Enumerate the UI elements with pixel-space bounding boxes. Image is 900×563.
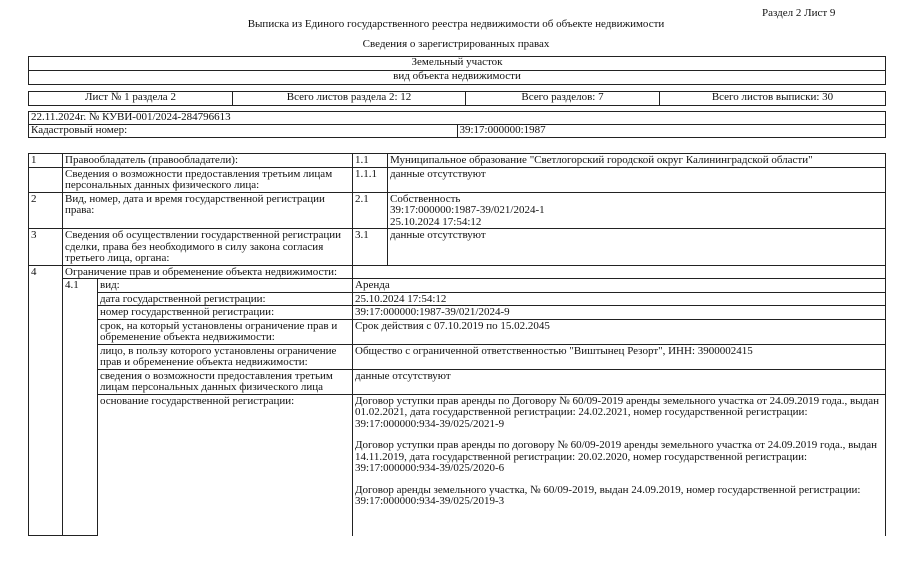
rights-table: 1 Правообладатель (правообладатели): 1.1… xyxy=(28,153,886,536)
row-sub-number: 2.1 xyxy=(353,192,388,229)
right-registration-datetime: 25.10.2024 17:54:12 xyxy=(390,217,883,229)
row-number: 1 xyxy=(29,154,63,168)
basis-paragraph: Договор уступки прав аренды по договору … xyxy=(355,440,883,475)
row-value xyxy=(353,265,886,279)
cadastral-number-label: Кадастровый номер: xyxy=(29,125,458,138)
sheets-info-table: Лист № 1 раздела 2 Всего листов раздела … xyxy=(28,91,886,106)
document-subtitle: Сведения о зарегистрированных правах xyxy=(0,38,900,50)
field-value: данные отсутствуют xyxy=(353,369,886,394)
row-number: 3 xyxy=(29,229,63,266)
table-row: основание государственной регистрации: Д… xyxy=(29,394,886,536)
table-row: 3 Сведения об осуществлении государствен… xyxy=(29,229,886,266)
table-row: 1 Правообладатель (правообладатели): 1.1… xyxy=(29,154,886,168)
field-label: номер государственной регистрации: xyxy=(98,306,353,320)
row-number xyxy=(29,167,63,192)
field-label: срок, на который установлены ограничение… xyxy=(98,319,353,344)
row-label: Сведения об осуществлении государственно… xyxy=(63,229,353,266)
row-label: Вид, номер, дата и время государственной… xyxy=(63,192,353,229)
table-row: Сведения о возможности предоставления тр… xyxy=(29,167,886,192)
row-label: Сведения о возможности предоставления тр… xyxy=(63,167,353,192)
field-value: Общество с ограниченной ответственностью… xyxy=(353,344,886,369)
right-registration-number: 39:17:000000:1987-39/021/2024-1 xyxy=(390,205,883,217)
row-number: 4 xyxy=(29,265,63,536)
object-kind-label: вид объекта недвижимости xyxy=(29,71,886,85)
table-row: 4.1 вид: Аренда xyxy=(29,279,886,293)
document-title: Выписка из Единого государственного реес… xyxy=(0,18,900,30)
row-sub-number: 3.1 xyxy=(353,229,388,266)
table-row: лицо, в пользу которого установлены огра… xyxy=(29,344,886,369)
row-sub-number: 1.1 xyxy=(353,154,388,168)
row-value: Собственность 39:17:000000:1987-39/021/2… xyxy=(388,192,886,229)
table-row: срок, на который установлены ограничение… xyxy=(29,319,886,344)
total-sheets-section: Всего листов раздела 2: 12 xyxy=(233,92,466,106)
cadastral-number-value: 39:17:000000:1987 xyxy=(457,125,886,138)
extract-date-number: 22.11.2024г. № КУВИ-001/2024-284796613 xyxy=(29,112,886,125)
object-name: Земельный участок xyxy=(29,57,886,71)
field-label: дата государственной регистрации: xyxy=(98,292,353,306)
row-value: Муниципальное образование "Светлогорский… xyxy=(388,154,886,168)
extract-info-table: 22.11.2024г. № КУВИ-001/2024-284796613 К… xyxy=(28,111,886,138)
row-value: данные отсутствуют xyxy=(388,229,886,266)
object-type-table: Земельный участок вид объекта недвижимос… xyxy=(28,56,886,85)
table-row: номер государственной регистрации: 39:17… xyxy=(29,306,886,320)
field-label: вид: xyxy=(98,279,353,293)
encumbrance-sub-number: 4.1 xyxy=(63,279,98,536)
total-sections: Всего разделов: 7 xyxy=(466,92,660,106)
basis-paragraph: Договор уступки прав аренды по Договору … xyxy=(355,396,883,431)
table-row: 2 Вид, номер, дата и время государственн… xyxy=(29,192,886,229)
sheet-of-section: Лист № 1 раздела 2 xyxy=(29,92,233,106)
field-label: основание государственной регистрации: xyxy=(98,394,353,536)
field-label: лицо, в пользу которого установлены огра… xyxy=(98,344,353,369)
row-number: 2 xyxy=(29,192,63,229)
field-label: сведения о возможности предоставления тр… xyxy=(98,369,353,394)
row-label: Правообладатель (правообладатели): xyxy=(63,154,353,168)
row-value: данные отсутствуют xyxy=(388,167,886,192)
table-row: 4 Ограничение прав и обременение объекта… xyxy=(29,265,886,279)
total-sheets-extract: Всего листов выписки: 30 xyxy=(660,92,886,106)
field-value: 25.10.2024 17:54:12 xyxy=(353,292,886,306)
field-value: Аренда xyxy=(353,279,886,293)
field-value: Договор уступки прав аренды по Договору … xyxy=(353,394,886,536)
field-value: 39:17:000000:1987-39/021/2024-9 xyxy=(353,306,886,320)
table-row: сведения о возможности предоставления тр… xyxy=(29,369,886,394)
basis-paragraph: Договор аренды земельного участка, № 60/… xyxy=(355,485,883,508)
row-sub-number: 1.1.1 xyxy=(353,167,388,192)
table-row: дата государственной регистрации: 25.10.… xyxy=(29,292,886,306)
row-label: Ограничение прав и обременение объекта н… xyxy=(63,265,353,279)
field-value: Срок действия с 07.10.2019 по 15.02.2045 xyxy=(353,319,886,344)
